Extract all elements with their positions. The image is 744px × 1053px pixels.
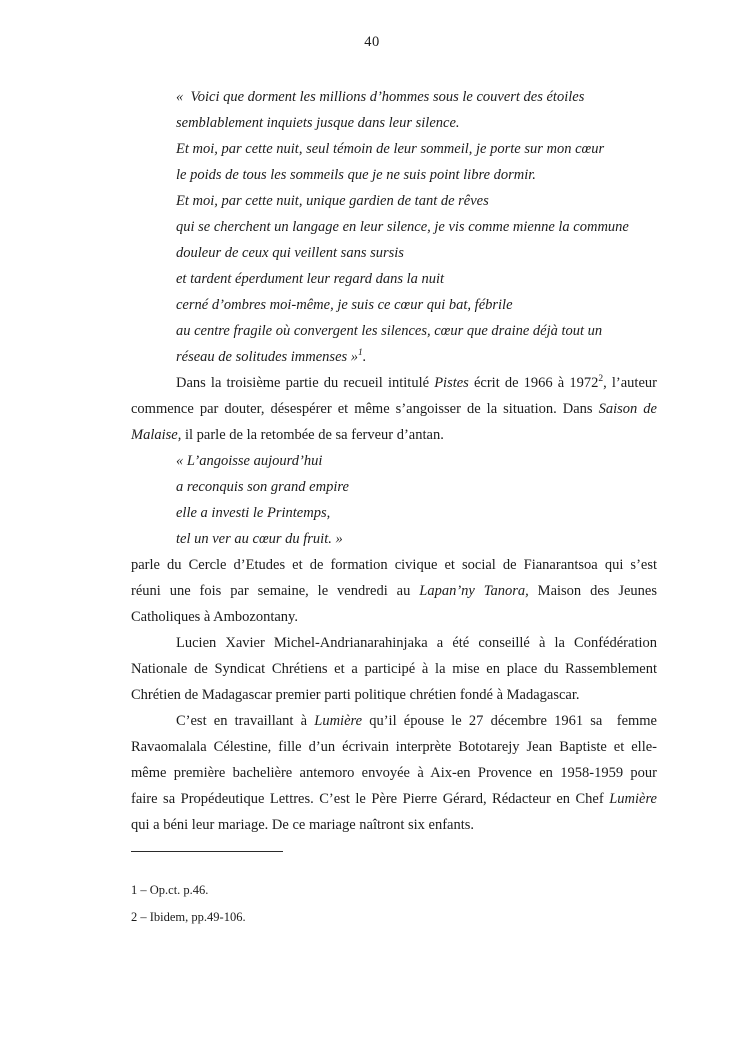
text-segment: Catholiques à Ambozontany. bbox=[131, 609, 298, 625]
text-line: réseau de solitudes immenses »1. bbox=[176, 344, 657, 370]
text-segment: qui se cherchent un langage en leur sile… bbox=[176, 219, 629, 235]
text-segment: même première bachelière antemoro envoyé… bbox=[131, 765, 657, 781]
text-segment: commence par douter, désespérer et même … bbox=[131, 401, 599, 417]
text-line: et tardent éperdument leur regard dans l… bbox=[176, 266, 657, 292]
text-segment: Et moi, par cette nuit, unique gardien d… bbox=[176, 193, 489, 209]
text-segment: Chrétien de Madagascar premier parti pol… bbox=[131, 687, 580, 703]
text-segment: Lumière bbox=[314, 713, 362, 729]
text-segment: qu’il épouse le 27 décembre 1961 sa femm… bbox=[362, 713, 657, 729]
text-segment: Lumière bbox=[609, 791, 657, 807]
text-segment: au centre fragile où convergent les sile… bbox=[176, 323, 602, 339]
text-line: au centre fragile où convergent les sile… bbox=[176, 318, 657, 344]
text-segment: Saison de bbox=[599, 401, 657, 417]
paragraph-1: Dans la troisième partie du recueil inti… bbox=[131, 370, 657, 448]
text-segment: Maison des Jeunes bbox=[529, 583, 657, 599]
text-segment: « Voici que dorment les millions d’homme… bbox=[176, 89, 584, 105]
text-line: même première bachelière antemoro envoyé… bbox=[131, 760, 657, 786]
text-line: Et moi, par cette nuit, seul témoin de l… bbox=[176, 136, 657, 162]
text-line: faire sa Propédeutique Lettres. C’est le… bbox=[131, 786, 657, 812]
text-segment: réseau de solitudes immenses » bbox=[176, 349, 358, 365]
text-line: a reconquis son grand empire bbox=[176, 474, 657, 500]
text-line: Lucien Xavier Michel-Andrianarahinjaka a… bbox=[131, 630, 657, 656]
text-line: Ravaomalala Célestine, fille d’un écriva… bbox=[131, 734, 657, 760]
text-segment: . bbox=[363, 349, 367, 365]
text-line: réuni une fois par semaine, le vendredi … bbox=[131, 578, 657, 604]
text-segment: Ravaomalala Célestine, fille d’un écriva… bbox=[131, 739, 657, 755]
text-segment: cerné d’ombres moi-même, je suis ce cœur… bbox=[176, 297, 513, 313]
text-line: elle a investi le Printemps, bbox=[176, 500, 657, 526]
text-line: douleur de ceux qui veillent sans sursis bbox=[176, 240, 657, 266]
text-segment: « L’angoisse aujourd’hui bbox=[176, 453, 322, 469]
document-body: « Voici que dorment les millions d’homme… bbox=[131, 84, 657, 838]
text-segment: qui a béni leur mariage. De ce mariage n… bbox=[131, 817, 474, 833]
text-segment: Malaise, bbox=[131, 427, 181, 443]
footnotes: 1 – Op.ct. p.46. 2 – Ibidem, pp.49-106. bbox=[131, 877, 246, 931]
page-number: 40 bbox=[0, 34, 744, 51]
footnote-separator bbox=[131, 851, 283, 852]
text-line: commence par douter, désespérer et même … bbox=[131, 396, 657, 422]
text-segment: faire sa Propédeutique Lettres. C’est le… bbox=[131, 791, 609, 807]
text-segment: écrit de 1966 à 1972 bbox=[469, 375, 599, 391]
text-line: Nationale de Syndicat Chrétiens et a par… bbox=[131, 656, 657, 682]
text-segment: elle a investi le Printemps, bbox=[176, 505, 330, 521]
text-line: Catholiques à Ambozontany. bbox=[131, 604, 657, 630]
text-line: tel un ver au cœur du fruit. » bbox=[176, 526, 657, 552]
text-segment: et tardent éperdument leur regard dans l… bbox=[176, 271, 444, 287]
text-segment: tel un ver au cœur du fruit. » bbox=[176, 531, 343, 547]
text-segment: a reconquis son grand empire bbox=[176, 479, 349, 495]
text-segment: parle du Cercle d’Etudes et de formation… bbox=[131, 557, 657, 573]
text-line: Malaise, il parle de la retombée de sa f… bbox=[131, 422, 657, 448]
text-segment: Lapan’ny Tanora, bbox=[419, 583, 529, 599]
text-line: « Voici que dorment les millions d’homme… bbox=[176, 84, 657, 110]
text-line: Dans la troisième partie du recueil inti… bbox=[131, 370, 657, 396]
text-line: le poids de tous les sommeils que je ne … bbox=[176, 162, 657, 188]
paragraph-2: parle du Cercle d’Etudes et de formation… bbox=[131, 552, 657, 630]
text-segment: Et moi, par cette nuit, seul témoin de l… bbox=[176, 141, 604, 157]
text-segment: il parle de la retombée de sa ferveur d’… bbox=[181, 427, 443, 443]
document-page: 40 « Voici que dorment les millions d’ho… bbox=[0, 0, 744, 1053]
text-line: Et moi, par cette nuit, unique gardien d… bbox=[176, 188, 657, 214]
text-segment: Lucien Xavier Michel-Andrianarahinjaka a… bbox=[176, 635, 657, 651]
text-segment: réuni une fois par semaine, le vendredi … bbox=[131, 583, 419, 599]
paragraph-4: C’est en travaillant à Lumière qu’il épo… bbox=[131, 708, 657, 838]
paragraph-3: Lucien Xavier Michel-Andrianarahinjaka a… bbox=[131, 630, 657, 708]
text-line: cerné d’ombres moi-même, je suis ce cœur… bbox=[176, 292, 657, 318]
text-line: « L’angoisse aujourd’hui bbox=[176, 448, 657, 474]
text-segment: Nationale de Syndicat Chrétiens et a par… bbox=[131, 661, 657, 677]
text-line: parle du Cercle d’Etudes et de formation… bbox=[131, 552, 657, 578]
text-segment: Pistes bbox=[434, 375, 469, 391]
footnote-1: 1 – Op.ct. p.46. bbox=[131, 877, 246, 904]
footnote-2: 2 – Ibidem, pp.49-106. bbox=[131, 904, 246, 931]
poem-quote-1: « Voici que dorment les millions d’homme… bbox=[131, 84, 657, 370]
poem-quote-2: « L’angoisse aujourd’huia reconquis son … bbox=[131, 448, 657, 552]
text-segment: C’est en travaillant à bbox=[176, 713, 314, 729]
text-line: Chrétien de Madagascar premier parti pol… bbox=[131, 682, 657, 708]
text-line: semblablement inquiets jusque dans leur … bbox=[176, 110, 657, 136]
text-segment: le poids de tous les sommeils que je ne … bbox=[176, 167, 536, 183]
text-segment: douleur de ceux qui veillent sans sursis bbox=[176, 245, 404, 261]
text-line: C’est en travaillant à Lumière qu’il épo… bbox=[131, 708, 657, 734]
text-segment: Dans la troisième partie du recueil inti… bbox=[176, 375, 434, 391]
text-segment: semblablement inquiets jusque dans leur … bbox=[176, 115, 460, 131]
text-line: qui a béni leur mariage. De ce mariage n… bbox=[131, 812, 657, 838]
text-segment: , l’auteur bbox=[603, 375, 657, 391]
text-line: qui se cherchent un langage en leur sile… bbox=[176, 214, 657, 240]
